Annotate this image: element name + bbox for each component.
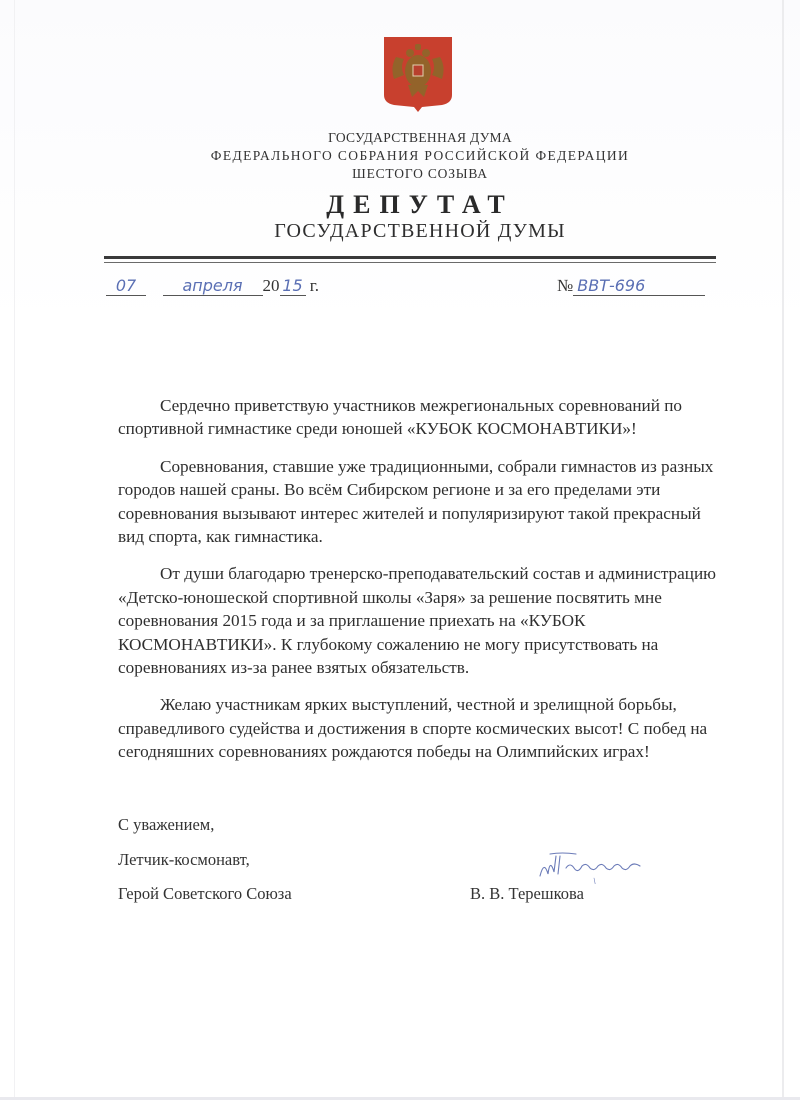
date-year-unit: г. bbox=[310, 276, 319, 295]
signer-name: В. В. Терешкова bbox=[470, 884, 584, 904]
letter-body: Сердечно приветствую участников межрегио… bbox=[118, 394, 718, 778]
body-paragraph-3: От души благодарю тренерско-преподавател… bbox=[118, 562, 718, 679]
date-year-suffix: 15 bbox=[280, 277, 306, 296]
body-paragraph-4: Желаю участникам ярких выступлений, чест… bbox=[118, 693, 718, 763]
header-divider-thick bbox=[104, 256, 716, 259]
date-day: 07 bbox=[106, 277, 146, 296]
letterhead-line3: ШЕСТОГО СОЗЫВА bbox=[100, 166, 740, 182]
scan-edge-right bbox=[782, 0, 784, 1100]
body-paragraph-2: Соревнования, ставшие уже традиционными,… bbox=[118, 455, 718, 549]
number-sign: № bbox=[557, 276, 573, 295]
handwritten-signature-icon bbox=[536, 848, 656, 884]
letterhead-line2: ФЕДЕРАЛЬНОГО СОБРАНИЯ РОССИЙСКОЙ ФЕДЕРАЦ… bbox=[100, 148, 740, 164]
signer-title-2: Герой Советского Союза bbox=[118, 884, 292, 904]
date-year-prefix: 20 bbox=[263, 276, 280, 295]
letterhead-subtitle: ГОСУДАРСТВЕННОЙ ДУМЫ bbox=[100, 220, 740, 243]
date-field: 07 апреля2015 г. bbox=[106, 276, 319, 296]
registration-number-field: №ВВТ-696 bbox=[557, 276, 705, 296]
letterhead-title: ДЕПУТАТ bbox=[100, 190, 740, 220]
registration-number: ВВТ-696 bbox=[573, 277, 705, 296]
coat-of-arms-icon bbox=[382, 35, 454, 113]
letterhead-line1: ГОСУДАРСТВЕННАЯ ДУМА bbox=[100, 130, 740, 146]
header-divider-thin bbox=[104, 262, 716, 263]
signer-title-1: Летчик-космонавт, bbox=[118, 850, 250, 870]
scan-edge-left bbox=[14, 0, 15, 1100]
date-month: апреля bbox=[163, 277, 263, 296]
body-paragraph-1: Сердечно приветствую участников межрегио… bbox=[118, 394, 718, 441]
closing-regards: С уважением, bbox=[118, 815, 214, 835]
letter-page: ГОСУДАРСТВЕННАЯ ДУМА ФЕДЕРАЛЬНОГО СОБРАН… bbox=[0, 0, 800, 1100]
